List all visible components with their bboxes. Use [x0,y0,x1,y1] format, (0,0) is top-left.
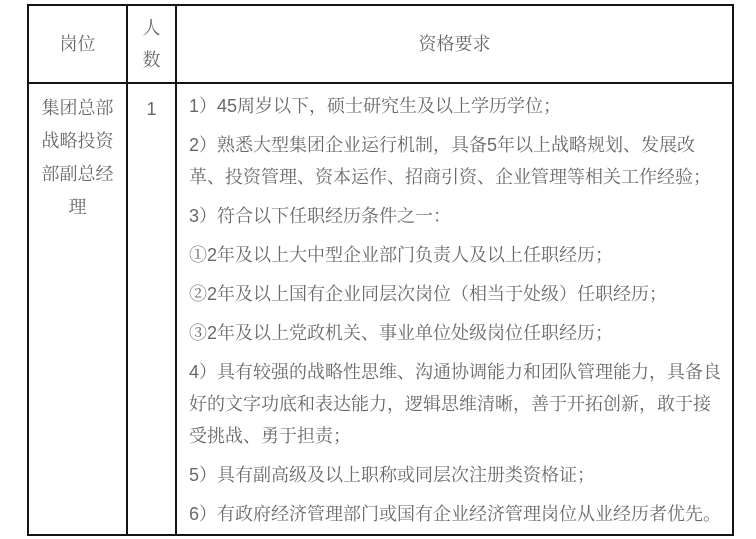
position-cell: 集团总部战略投资部副总经理 [28,83,127,535]
headcount-value: 1 [146,99,156,119]
requirement-item: ③2年及以上党政机关、事业单位处级岗位任职经历； [189,317,722,349]
header-headcount: 人数 [127,5,176,83]
table-row: 集团总部战略投资部副总经理 1 1）45周岁以下，硕士研究生及以上学历学位； 2… [28,83,733,535]
requirement-item: ①2年及以上大中型企业部门负责人及以上任职经历； [189,239,722,271]
table-header-row: 岗位 人数 资格要求 [28,5,733,83]
requirement-item: 4）具有较强的战略性思维、沟通协调能力和团队管理能力，具备良好的文字功底和表达能… [189,356,722,452]
header-position-label: 岗位 [60,34,96,54]
headcount-cell: 1 [127,83,176,535]
header-headcount-label: 人数 [142,12,161,76]
header-position: 岗位 [28,5,127,83]
position-title: 集团总部战略投资部副总经理 [42,92,114,224]
requirement-item: ②2年及以上国有企业同层次岗位（相当于处级）任职经历； [189,278,722,310]
job-requirements-table: 岗位 人数 资格要求 集团总部战略投资部副总经理 1 1）45周岁以下，硕士研究… [27,4,734,536]
requirement-item: 6）有政府经济管理部门或国有企业经济管理岗位从业经历者优先。 [189,498,722,530]
requirement-item: 1）45周岁以下，硕士研究生及以上学历学位； [189,90,722,122]
header-requirements-label: 资格要求 [419,34,491,54]
requirement-item: 3）符合以下任职经历条件之一： [189,200,722,232]
requirement-item: 2）熟悉大型集团企业运行机制，具备5年以上战略规划、发展改革、投资管理、资本运作… [189,129,722,193]
header-requirements: 资格要求 [176,5,733,83]
requirement-item: 5）具有副高级及以上职称或同层次注册类资格证； [189,459,722,491]
requirements-cell: 1）45周岁以下，硕士研究生及以上学历学位； 2）熟悉大型集团企业运行机制，具备… [176,83,733,535]
